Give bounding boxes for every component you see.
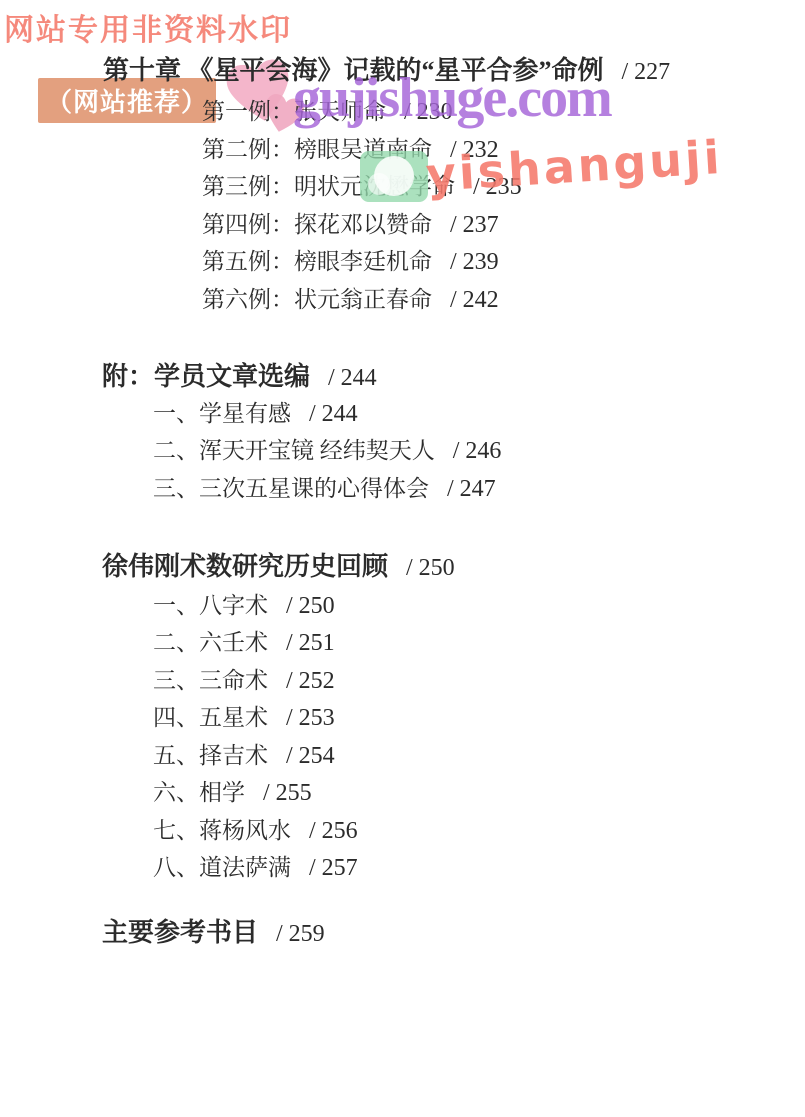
toc-entry-label: 一、学星有感 xyxy=(153,401,291,426)
toc-section-title: 附：学员文章选编/ 244 xyxy=(102,356,377,393)
toc-entry: 三、三次五星课的心得体会/ 247 xyxy=(153,470,496,503)
toc-entry: 三、三命术/ 252 xyxy=(153,662,335,695)
site-url-watermark: gujishuge.com xyxy=(293,66,611,130)
toc-section-title: 主要参考书目/ 259 xyxy=(102,912,325,949)
recommend-badge-label: （网站推荐） xyxy=(46,82,208,119)
toc-page-number: / 237 xyxy=(450,212,499,238)
toc-entry-label: 八、道法萨满 xyxy=(153,855,291,880)
toc-page-number: / 254 xyxy=(286,743,335,769)
toc-section-title: 徐伟刚术数研究历史回顾/ 250 xyxy=(102,546,455,583)
toc-entry: 第四例：探花邓以赞命/ 237 xyxy=(202,206,499,239)
watermark-notice-text: 网站专用非资料水印 xyxy=(4,5,292,49)
toc-page-number: / 251 xyxy=(286,630,335,656)
toc-page-number: / 255 xyxy=(263,780,312,806)
toc-section-title-text: 主要参考书目 xyxy=(102,918,258,947)
toc-entry-label: 四、五星术 xyxy=(153,705,268,730)
toc-page-number: / 257 xyxy=(309,855,358,881)
toc-section-title-text: 徐伟刚术数研究历史回顾 xyxy=(102,552,388,581)
toc-entry: 二、浑天开宝镜 经纬契天人/ 246 xyxy=(153,432,501,465)
toc-entry: 一、学星有感/ 244 xyxy=(153,395,358,428)
toc-page-number: / 252 xyxy=(286,668,335,694)
toc-entry: 第六例：状元翁正春命/ 242 xyxy=(202,281,499,314)
toc-entry-label: 一、八字术 xyxy=(153,593,268,618)
toc-page-number: / 227 xyxy=(622,59,671,85)
green-app-icon-blob-small xyxy=(368,173,390,195)
toc-entry-label: 六、相学 xyxy=(153,780,245,805)
toc-entry: 二、六壬术/ 251 xyxy=(153,624,335,657)
toc-entry-label: 三、三命术 xyxy=(153,668,268,693)
toc-entry: 第五例：榜眼李廷机命/ 239 xyxy=(202,243,499,276)
toc-page-number: / 239 xyxy=(450,249,499,275)
toc-entry-label: 二、浑天开宝镜 经纬契天人 xyxy=(153,438,435,463)
toc-entry-label: 七、蒋杨风水 xyxy=(153,818,291,843)
toc-page-number: / 242 xyxy=(450,287,499,313)
toc-entry: 五、择吉术/ 254 xyxy=(153,737,335,770)
toc-entry: 一、八字术/ 250 xyxy=(153,587,335,620)
scanned-toc-page: 网站专用非资料水印 （网站推荐） gujishuge.com yishanguj… xyxy=(0,0,805,1117)
toc-entry: 六、相学/ 255 xyxy=(153,774,312,807)
toc-entry-label: 三、三次五星课的心得体会 xyxy=(153,476,429,501)
toc-page-number: / 246 xyxy=(453,438,502,464)
green-app-icon xyxy=(360,151,428,202)
toc-entry-label: 五、择吉术 xyxy=(153,743,268,768)
toc-entry: 四、五星术/ 253 xyxy=(153,699,335,732)
toc-entry-label: 第六例：状元翁正春命 xyxy=(202,287,432,312)
toc-entry: 七、蒋杨风水/ 256 xyxy=(153,812,358,845)
toc-page-number: / 247 xyxy=(447,476,496,502)
toc-page-number: / 244 xyxy=(328,365,377,391)
toc-page-number: / 250 xyxy=(286,593,335,619)
toc-section-title-text: 附：学员文章选编 xyxy=(102,362,310,391)
toc-entry-label: 二、六壬术 xyxy=(153,630,268,655)
toc-page-number: / 250 xyxy=(406,555,455,581)
toc-entry: 八、道法萨满/ 257 xyxy=(153,849,358,882)
toc-page-number: / 259 xyxy=(276,921,325,947)
toc-entry-label: 第五例：榜眼李廷机命 xyxy=(202,249,432,274)
toc-page-number: / 253 xyxy=(286,705,335,731)
toc-page-number: / 256 xyxy=(309,818,358,844)
toc-entry-label: 第四例：探花邓以赞命 xyxy=(202,212,432,237)
toc-page-number: / 244 xyxy=(309,401,358,427)
